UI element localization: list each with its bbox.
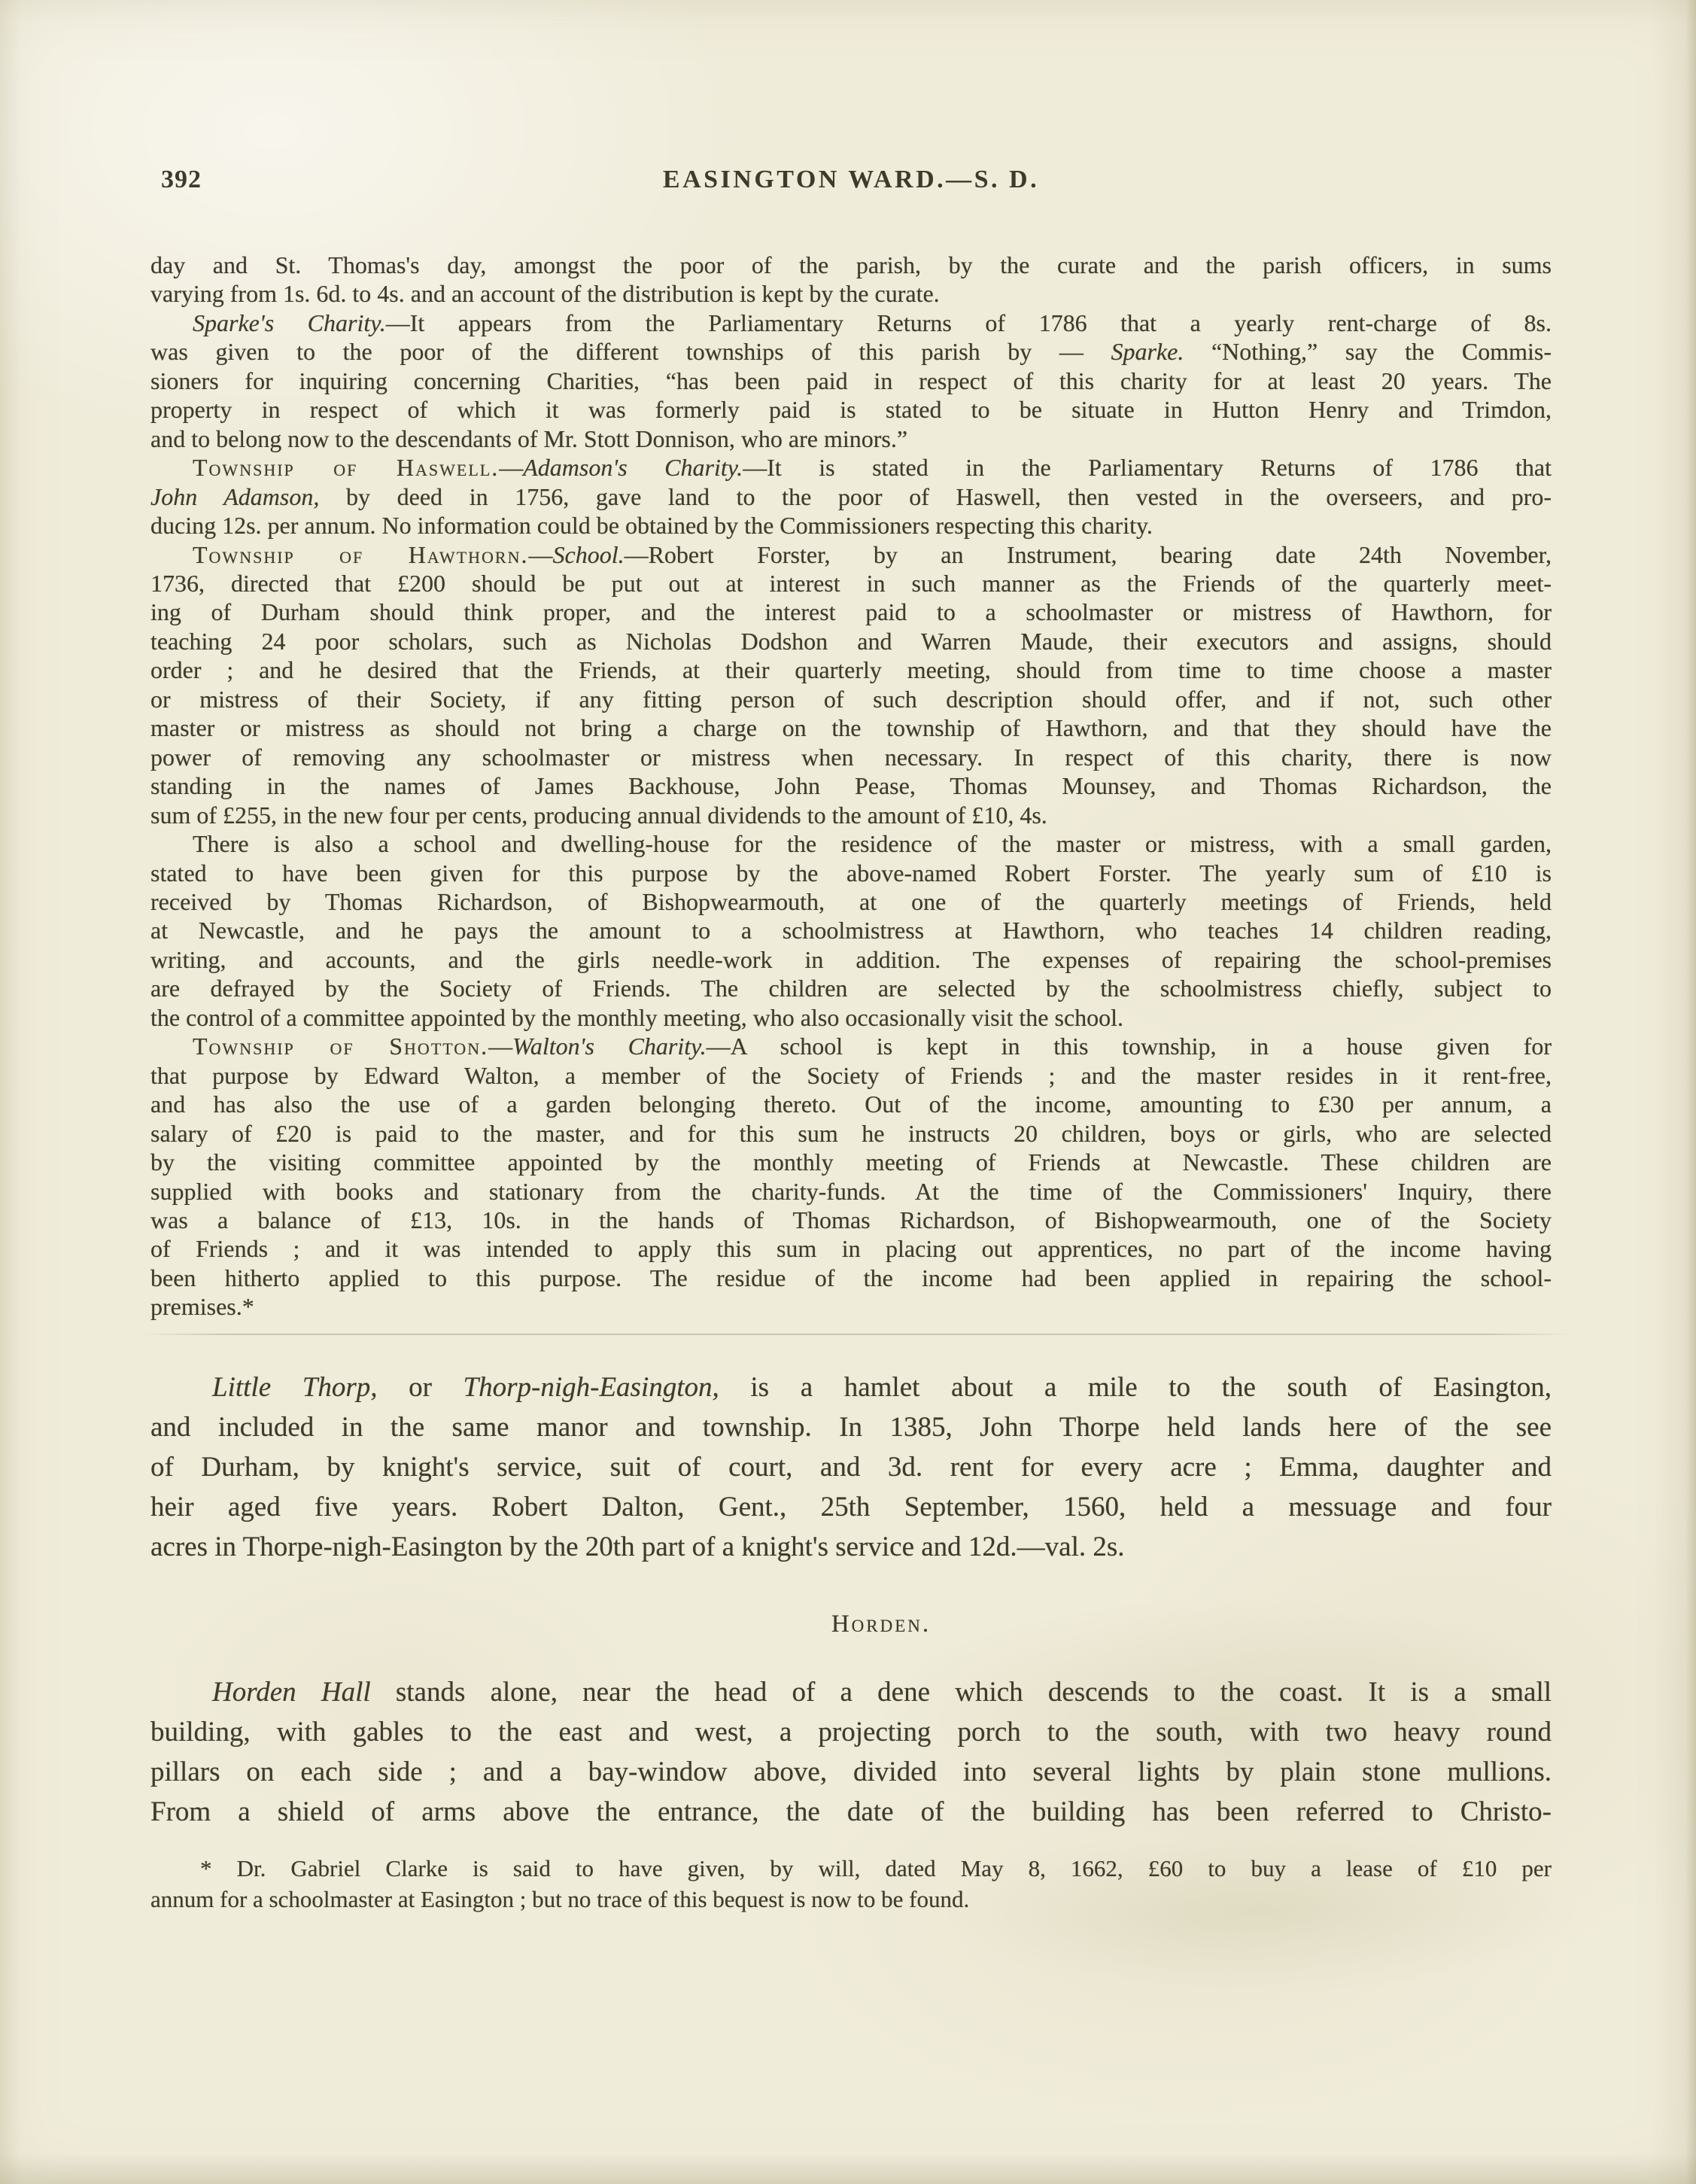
text-run: “Nothing,” say the Commis- xyxy=(1184,338,1552,365)
text-line: * Dr. Gabriel Clarke is said to have giv… xyxy=(150,1853,1552,1884)
text-line: been hitherto applied to this purpose. T… xyxy=(150,1264,1552,1292)
text-line: and included in the same manor and towns… xyxy=(150,1407,1552,1447)
text-line: sioners for inquiring concerning Chariti… xyxy=(150,367,1552,395)
text-run: 1736, directed that £200 should be put o… xyxy=(150,570,1552,597)
text-run: Horden Hall xyxy=(212,1677,371,1708)
text-run: been hitherto applied to this purpose. T… xyxy=(150,1264,1552,1291)
text-line: Township of Hawthorn.—School.—Robert For… xyxy=(150,540,1552,569)
text-line: From a shield of arms above the entrance… xyxy=(150,1792,1552,1832)
text-line: varying from 1s. 6d. to 4s. and an accou… xyxy=(150,279,1552,308)
text-run: teaching 24 poor scholars, such as Nicho… xyxy=(150,628,1552,655)
text-line: was a balance of £13, 10s. in the hands … xyxy=(150,1206,1552,1234)
text-run: — xyxy=(528,541,552,568)
text-run: John Adamson, xyxy=(150,483,319,510)
text-run: are defrayed by the Society of Friends. … xyxy=(150,975,1552,1002)
text-line: pillars on each side ; and a bay-window … xyxy=(150,1752,1552,1792)
text-run: Thorp-nigh-Easington, xyxy=(464,1372,719,1403)
text-line: acres in Thorpe-nigh-Easington by the 20… xyxy=(150,1527,1552,1567)
text-line: stated to have been given for this purpo… xyxy=(150,859,1552,887)
text-run: and has also the use of a garden belongi… xyxy=(150,1090,1552,1118)
horden-section-heading: Horden. xyxy=(150,1611,1552,1638)
text-run: at Newcastle, and he pays the amount to … xyxy=(150,917,1552,944)
text-run: property in respect of which it was form… xyxy=(150,396,1552,423)
text-line: annum for a schoolmaster at Easington ; … xyxy=(150,1884,1552,1915)
text-line: power of removing any schoolmaster or mi… xyxy=(150,743,1552,771)
text-run: salary of £20 is paid to the master, and… xyxy=(150,1120,1552,1147)
text-run: sum of £255, in the new four per cents, … xyxy=(150,802,1047,829)
text-run: Township of Shotton. xyxy=(193,1033,488,1060)
running-header: EASINGTON WARD.—S. D. xyxy=(150,166,1552,194)
text-line: Little Thorp, or Thorp-nigh-Easington, i… xyxy=(150,1367,1552,1407)
text-line: are defrayed by the Society of Friends. … xyxy=(150,974,1552,1002)
text-line: There is also a school and dwelling-hous… xyxy=(150,829,1552,858)
text-run: acres in Thorpe-nigh-Easington by the 20… xyxy=(150,1532,1125,1562)
text-run: Township of Haswell. xyxy=(193,454,499,481)
text-run: —Robert Forster, by an Instrument, beari… xyxy=(625,541,1552,568)
text-run: was a balance of £13, 10s. in the hands … xyxy=(150,1206,1552,1233)
charities-text-block: day and St. Thomas's day, amongst the po… xyxy=(150,251,1552,1322)
text-line: and has also the use of a garden belongi… xyxy=(150,1090,1552,1118)
text-run: stated to have been given for this purpo… xyxy=(150,859,1552,887)
text-run: —It appears from the Parliamentary Retur… xyxy=(386,309,1552,336)
text-line: writing, and accounts, and the girls nee… xyxy=(150,945,1552,974)
text-line: property in respect of which it was form… xyxy=(150,395,1552,424)
section-divider-rule xyxy=(141,1334,1571,1335)
text-line: of Friends ; and it was intended to appl… xyxy=(150,1234,1552,1263)
text-line: ing of Durham should think proper, and t… xyxy=(150,598,1552,626)
text-line: salary of £20 is paid to the master, and… xyxy=(150,1119,1552,1148)
footnote: * Dr. Gabriel Clarke is said to have giv… xyxy=(150,1853,1552,1915)
text-run: and included in the same manor and towns… xyxy=(150,1412,1552,1443)
text-run: or xyxy=(377,1372,463,1403)
text-line: Township of Shotton.—Walton's Charity.—A… xyxy=(150,1032,1552,1060)
text-line: by the visiting committee appointed by t… xyxy=(150,1148,1552,1176)
text-run: —It is stated in the Parliamentary Retur… xyxy=(743,454,1552,481)
text-line: teaching 24 poor scholars, such as Nicho… xyxy=(150,627,1552,656)
text-line: or mistress of their Society, if any fit… xyxy=(150,685,1552,713)
text-line: Township of Haswell.—Adamson's Charity.—… xyxy=(150,453,1552,482)
text-run: building, with gables to the east and we… xyxy=(150,1717,1552,1748)
page-header-row: 392 EASINGTON WARD.—S. D. xyxy=(150,166,1552,199)
text-run: writing, and accounts, and the girls nee… xyxy=(150,946,1552,973)
text-run: School. xyxy=(552,541,624,568)
text-line: premises.* xyxy=(150,1292,1552,1321)
text-run: pillars on each side ; and a bay-window … xyxy=(150,1757,1552,1787)
text-run: received by Thomas Richardson, of Bishop… xyxy=(150,888,1552,915)
text-line: heir aged five years. Robert Dalton, Gen… xyxy=(150,1487,1552,1527)
text-line: received by Thomas Richardson, of Bishop… xyxy=(150,887,1552,916)
horden-hall-paragraph: Horden Hall stands alone, near the head … xyxy=(150,1672,1552,1832)
text-run: that purpose by Edward Walton, a member … xyxy=(150,1062,1552,1089)
text-line: supplied with books and stationary from … xyxy=(150,1177,1552,1206)
text-run: ing of Durham should think proper, and t… xyxy=(150,598,1552,625)
text-run: varying from 1s. 6d. to 4s. and an accou… xyxy=(150,280,940,307)
book-page: 392 EASINGTON WARD.—S. D. day and St. Th… xyxy=(0,0,1696,2184)
text-run: or mistress of their Society, if any fit… xyxy=(150,686,1552,713)
text-line: day and St. Thomas's day, amongst the po… xyxy=(150,251,1552,279)
text-line: the control of a committee appointed by … xyxy=(150,1003,1552,1032)
text-run: There is also a school and dwelling-hous… xyxy=(193,830,1552,857)
text-run: day and St. Thomas's day, amongst the po… xyxy=(150,251,1552,278)
text-line: John Adamson, by deed in 1756, gave land… xyxy=(150,482,1552,511)
text-run: — xyxy=(499,454,523,481)
text-run: by deed in 1756, gave land to the poor o… xyxy=(319,483,1552,510)
text-line: sum of £255, in the new four per cents, … xyxy=(150,801,1552,829)
text-line: at Newcastle, and he pays the amount to … xyxy=(150,916,1552,944)
text-run: by the visiting committee appointed by t… xyxy=(150,1148,1552,1176)
text-line: standing in the names of James Backhouse… xyxy=(150,771,1552,800)
text-line: ducing 12s. per annum. No information co… xyxy=(150,511,1552,540)
text-run: * Dr. Gabriel Clarke is said to have giv… xyxy=(200,1855,1552,1881)
text-line: Horden Hall stands alone, near the head … xyxy=(150,1672,1552,1712)
text-run: Little Thorp, xyxy=(212,1372,377,1403)
text-run: stands alone, near the head of a dene wh… xyxy=(371,1677,1552,1708)
text-run: of Durham, by knight's service, suit of … xyxy=(150,1452,1552,1483)
text-run: standing in the names of James Backhouse… xyxy=(150,772,1552,799)
text-run: Adamson's Charity. xyxy=(523,454,743,481)
text-line: of Durham, by knight's service, suit of … xyxy=(150,1447,1552,1487)
text-line: master or mistress as should not bring a… xyxy=(150,713,1552,742)
text-run: and to belong now to the descendants of … xyxy=(150,425,907,452)
text-line: was given to the poor of the different t… xyxy=(150,337,1552,366)
text-run: Sparke's Charity. xyxy=(193,309,386,336)
text-run: Sparke. xyxy=(1111,338,1184,365)
text-line: that purpose by Edward Walton, a member … xyxy=(150,1061,1552,1090)
little-thorp-paragraph: Little Thorp, or Thorp-nigh-Easington, i… xyxy=(150,1367,1552,1567)
text-run: Walton's Charity. xyxy=(512,1033,707,1060)
text-run: — xyxy=(488,1033,512,1060)
text-run: master or mistress as should not bring a… xyxy=(150,714,1552,741)
text-run: was given to the poor of the different t… xyxy=(150,338,1111,365)
text-run: premises.* xyxy=(150,1293,254,1320)
text-line: building, with gables to the east and we… xyxy=(150,1712,1552,1752)
text-run: annum for a schoolmaster at Easington ; … xyxy=(150,1886,969,1912)
text-line: and to belong now to the descendants of … xyxy=(150,424,1552,453)
text-run: supplied with books and stationary from … xyxy=(150,1178,1552,1205)
text-run: of Friends ; and it was intended to appl… xyxy=(150,1235,1552,1262)
text-run: Township of Hawthorn. xyxy=(193,541,528,568)
text-run: is a hamlet about a mile to the south of… xyxy=(719,1372,1552,1403)
text-run: the control of a committee appointed by … xyxy=(150,1004,1123,1031)
text-run: From a shield of arms above the entrance… xyxy=(150,1796,1552,1827)
text-run: heir aged five years. Robert Dalton, Gen… xyxy=(150,1492,1552,1522)
text-run: —A school is kept in this township, in a… xyxy=(707,1033,1552,1060)
text-line: Sparke's Charity.—It appears from the Pa… xyxy=(150,309,1552,337)
text-run: power of removing any schoolmaster or mi… xyxy=(150,744,1552,771)
text-run: sioners for inquiring concerning Chariti… xyxy=(150,367,1552,394)
text-line: 1736, directed that £200 should be put o… xyxy=(150,569,1552,598)
text-line: order ; and he desired that the Friends,… xyxy=(150,656,1552,684)
text-run: ducing 12s. per annum. No information co… xyxy=(150,512,1153,539)
text-run: order ; and he desired that the Friends,… xyxy=(150,656,1552,683)
